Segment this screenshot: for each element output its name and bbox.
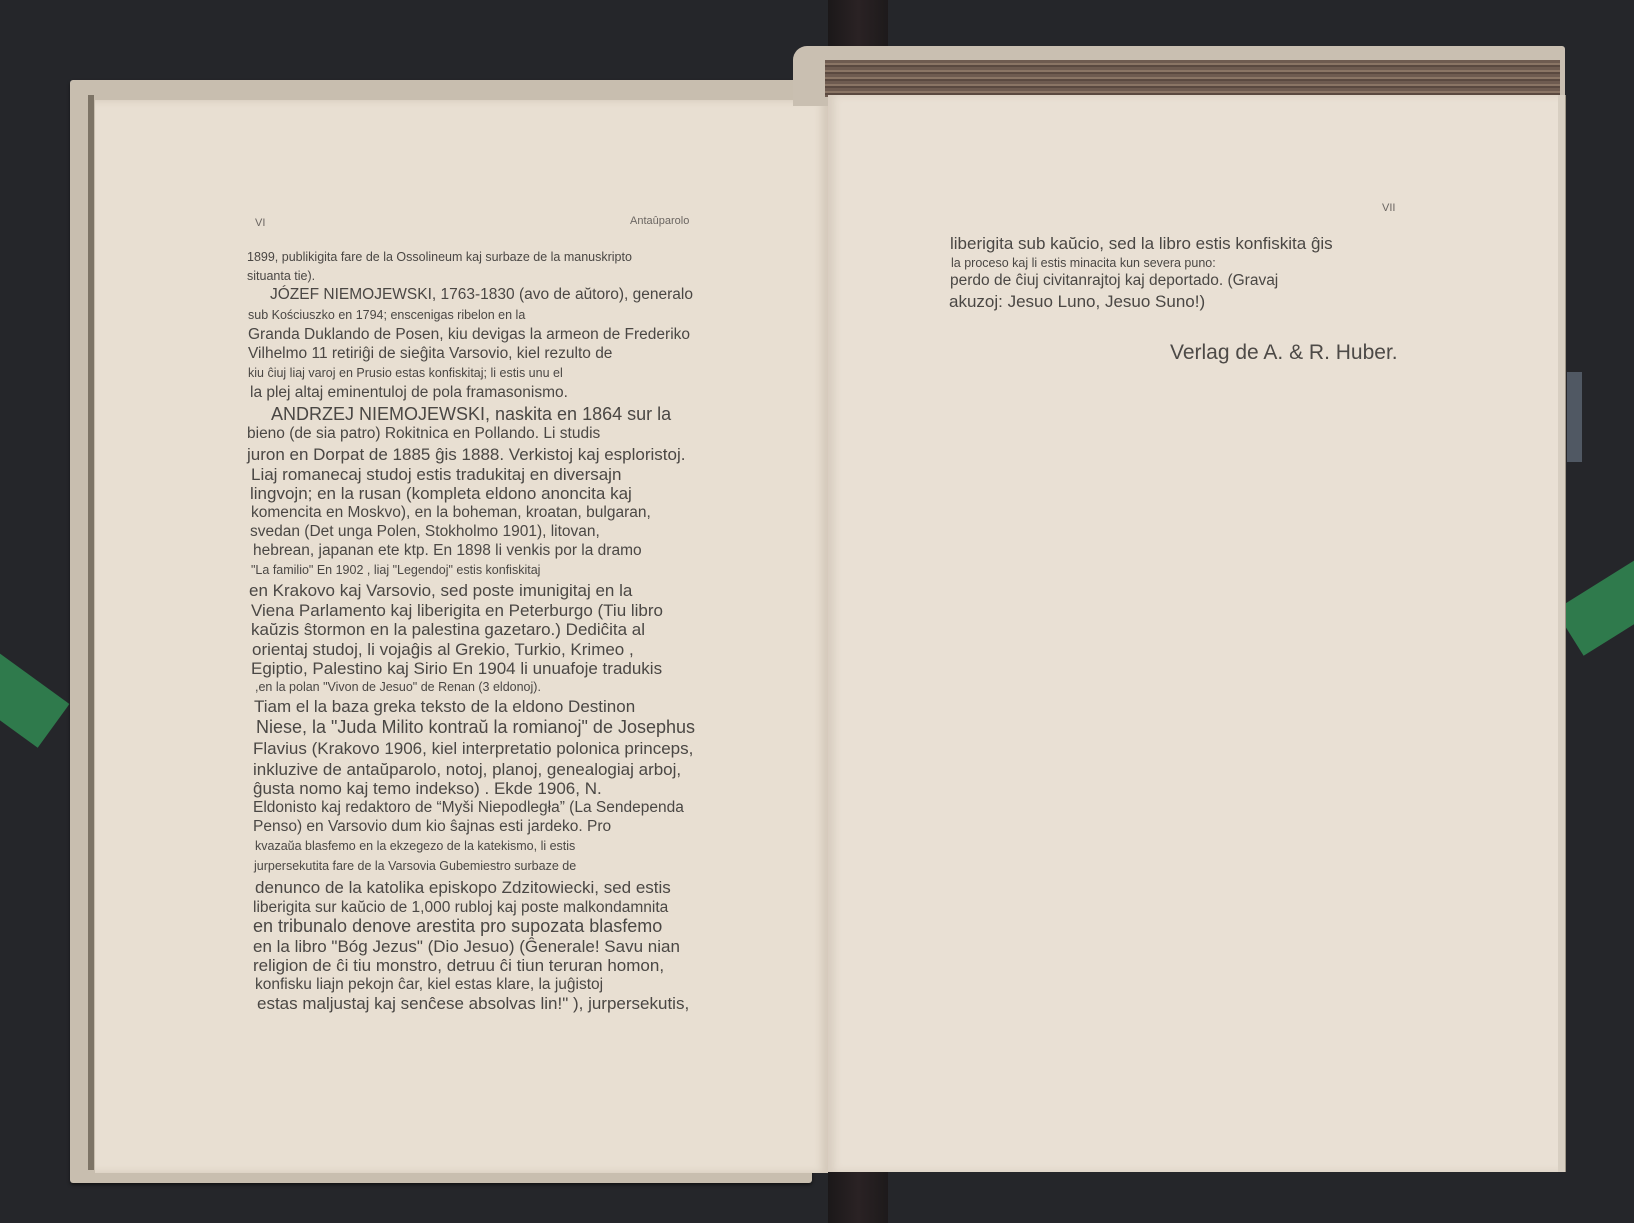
text-line: en Krakovo kaj Varsovio, sed poste imuni… xyxy=(249,582,632,599)
page-number-left: VI xyxy=(255,218,265,229)
text-line: akuzoj: Jesuo Luno, Jesuo Suno!) xyxy=(949,293,1205,310)
text-line: perdo de ĉiuj civitanrajtoj kaj deportad… xyxy=(950,273,1278,289)
cover-inner-edge xyxy=(88,95,94,1170)
text-line: denunco de la katolika episkopo Zdzitowi… xyxy=(255,879,671,896)
text-line: sub Kościuszko en 1794; enscenigas ribel… xyxy=(248,309,525,322)
right-page: VII liberigita sub kaŭcio, sed la libro … xyxy=(828,95,1563,1172)
text-line: ANDRZEJ NIEMOJEWSKI, naskita en 1864 sur… xyxy=(271,405,671,423)
text-line: "La familio" En 1902 , liaj "Legendoj" e… xyxy=(251,564,540,577)
text-line: estas maljustaj kaj senĉese absolvas lin… xyxy=(257,995,689,1012)
text-line: Vilhelmo 11 retiriĝi de sieĝita Varsovio… xyxy=(248,346,612,362)
text-line: liberigita sur kaŭcio de 1,000 rubloj ka… xyxy=(253,900,668,916)
text-line: en la libro "Bóg Jezus" (Dio Jesuo) (Ĝen… xyxy=(253,938,680,955)
text-line: komencita en Moskvo), en la boheman, kro… xyxy=(251,505,651,521)
text-line: Viena Parlamento kaj liberigita en Peter… xyxy=(251,602,663,619)
publisher-imprint: Verlag de A. & R. Huber. xyxy=(1170,342,1398,363)
text-line: Egiptio, Palestino kaj Sirio En 1904 li … xyxy=(251,660,662,677)
page-edges-stack xyxy=(825,60,1560,97)
green-stripe-right xyxy=(1555,536,1634,656)
left-page: VI Antaûparolo 1899, publikigita fare de… xyxy=(95,100,828,1173)
text-line: liberigita sub kaŭcio, sed la libro esti… xyxy=(950,235,1333,252)
green-stripe-left xyxy=(0,610,69,748)
right-page-fore-edge xyxy=(1558,95,1566,1172)
text-line: orientaj studoj, li vojaĝis al Grekio, T… xyxy=(252,641,634,658)
text-line: Liaj romanecaj studoj estis tradukitaj e… xyxy=(251,466,621,483)
text-line: juron en Dorpat de 1885 ĝis 1888. Verkis… xyxy=(247,446,685,463)
running-head: Antaûparolo xyxy=(630,216,689,227)
text-line: hebrean, japanan ete ktp. En 1898 li ven… xyxy=(253,543,642,559)
text-line: ,en la polan "Vivon de Jesuo" de Renan (… xyxy=(255,681,541,694)
text-line: Tiam el la baza greka teksto de la eldon… xyxy=(254,698,635,715)
text-line: la proceso kaj li estis minacita kun sev… xyxy=(951,257,1216,270)
text-line: kaŭzis ŝtormon en la palestina gazetaro.… xyxy=(251,621,645,638)
text-line: kvazaŭa blasfemo en la ekzegezo de la ka… xyxy=(255,840,575,853)
text-line: Granda Duklando de Posen, kiu devigas la… xyxy=(248,327,690,343)
text-line: Eldonisto kaj redaktoro de “Myši Niepodl… xyxy=(253,800,684,816)
text-line: lingvojn; en la rusan (kompleta eldono a… xyxy=(250,485,632,502)
text-line: la plej altaj eminentuloj de pola framas… xyxy=(250,385,568,401)
text-line: Niese, la "Juda Milito kontraŭ la romian… xyxy=(256,718,695,736)
text-line: inkluzive de antaŭparolo, notoj, planoj,… xyxy=(253,761,681,778)
text-line: religion de ĉi tiu monstro, detruu ĉi ti… xyxy=(253,957,664,974)
text-line: bieno (de sia patro) Rokitnica en Pollan… xyxy=(247,426,600,442)
text-line: JÓZEF NIEMOJEWSKI, 1763-1830 (avo de aŭt… xyxy=(270,287,693,303)
text-line: situanta tie). xyxy=(247,270,315,283)
text-line: en tribunalo denove arestita pro supozat… xyxy=(253,917,662,935)
page-number-right: VII xyxy=(1382,203,1395,214)
text-line: jurpersekutita fare de la Varsovia Gubem… xyxy=(254,860,576,873)
text-line: Flavius (Krakovo 1906, kiel interpretati… xyxy=(253,740,693,757)
text-line: ĝusta nomo kaj temo indekso) . Ekde 1906… xyxy=(253,780,602,797)
text-line: svedan (Det unga Polen, Stokholmo 1901),… xyxy=(250,524,600,540)
background-tab xyxy=(1567,372,1582,462)
text-line: kiu ĉiuj liaj varoj en Prusio estas konf… xyxy=(248,367,563,380)
text-line: Penso) en Varsovio dum kio ŝajnas esti j… xyxy=(253,819,611,835)
text-line: 1899, publikigita fare de la Ossolineum … xyxy=(247,251,632,264)
text-line: konfisku liajn pekojn ĉar, kiel estas kl… xyxy=(255,977,603,993)
